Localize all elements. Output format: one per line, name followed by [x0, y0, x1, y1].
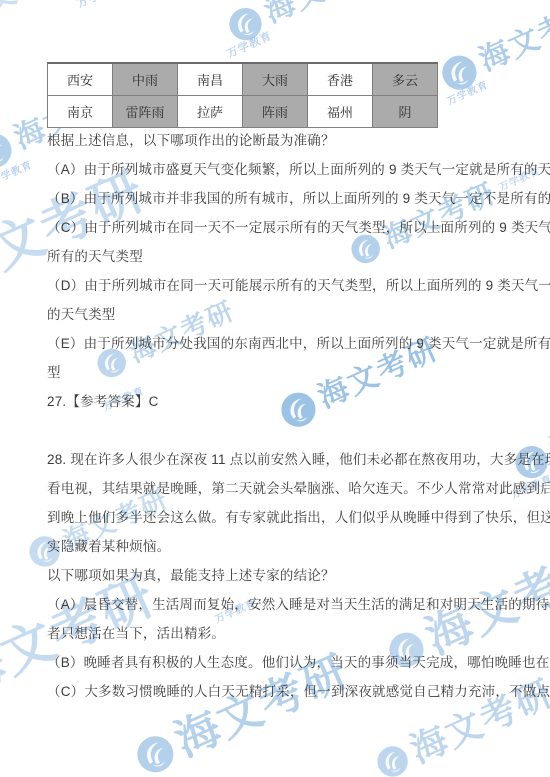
- city-cell: 南京: [48, 96, 113, 128]
- weather-cell: 阴: [373, 96, 438, 128]
- city-cell: 福州: [308, 96, 373, 128]
- text-line: （C）由于所列城市在同一天不一定展示所有的天气类型，所以上面所列的 9 类天气可…: [47, 211, 509, 240]
- text-line: 27.【参考答案】C: [47, 385, 509, 414]
- city-cell: 香港: [308, 63, 373, 96]
- watermark-brand: 海文考研: [436, 0, 550, 96]
- text-line: 所有的天气类型: [47, 240, 509, 269]
- weather-cell: 雷阵雨: [113, 96, 178, 128]
- text-line: 到晚上他们多半还会这么做。有专家就此指出，人们似乎从晚睡中得到了快乐，但这种快乐…: [47, 501, 509, 530]
- weather-cell: 中雨: [113, 63, 178, 96]
- watermark-label: 万学教育: [0, 161, 34, 188]
- text-line: 实隐藏着某种烦恼。: [47, 530, 509, 559]
- text-line: 型: [47, 356, 509, 385]
- brand-globe-icon: [371, 740, 413, 777]
- blank-line: [47, 414, 509, 443]
- weather-city-table: 西安中雨南昌大雨香港多云南京雷阵雨拉萨阵雨福州阴: [47, 62, 438, 128]
- text-line: （E）由于所列城市分处我国的东南西北中，所以上面所列的 9 类天气一定就是所有的…: [47, 327, 509, 356]
- watermark-subbrand: 万学教育: [226, 31, 274, 61]
- table-row: 西安中雨南昌大雨香港多云: [48, 63, 438, 96]
- weather-cell: 多云: [373, 63, 438, 96]
- text-line: 以下哪项如果为真，最能支持上述专家的结论？: [47, 559, 509, 588]
- watermark-label: 万学教育: [76, 0, 124, 11]
- weather-cell: 阵雨: [243, 96, 308, 128]
- watermark-label: 海文考研: [260, 0, 389, 28]
- text-line: （A）由于所列城市盛夏天气变化频繁，所以上面所列的 9 类天气一定就是所有的天气…: [47, 153, 509, 182]
- brand-globe-icon: [436, 49, 484, 97]
- watermark-brand-text: 海文考研: [0, 0, 81, 31]
- brand-globe-icon: [0, 127, 18, 175]
- text-line: 28. 现在许多人很少在深夜 11 点以前安然入睡，他们未必都在熬夜用功，大多是…: [47, 443, 509, 472]
- watermark-subbrand: 万学教育: [0, 161, 34, 188]
- watermark-subbrand: 万学教育: [76, 0, 124, 11]
- text-line: 者只想活在当下，活出精彩。: [47, 617, 509, 646]
- watermark-label: 海文考研: [475, 0, 550, 77]
- weather-city-table-body: 西安中雨南昌大雨香港多云南京雷阵雨拉萨阵雨福州阴: [48, 63, 438, 128]
- text-line: （B）晚睡者具有积极的人生态度。他们认为，当天的事须当天完成，哪怕晚睡也在所不惜…: [47, 646, 509, 675]
- text-line: （B）由于所列城市并非我国的所有城市，所以上面所列的 9 类天气一定不是所有的天…: [47, 182, 509, 211]
- watermark-brand: 海文考研: [223, 0, 390, 47]
- city-cell: 南昌: [178, 63, 243, 96]
- city-cell: 拉萨: [178, 96, 243, 128]
- text-line: 根据上述信息，以下哪项作出的论断最为准确？: [47, 124, 509, 153]
- watermark-subbrand: 万学教育: [446, 81, 490, 108]
- text-line: （A）晨昏交替，生活周而复始，安然入睡是对当天生活的满足和对明天生活的期待。而晚…: [47, 588, 509, 617]
- table-row: 南京雷阵雨拉萨阵雨福州阴: [48, 96, 438, 128]
- brand-globe-icon: [130, 729, 180, 777]
- watermark-label: 万学教育: [446, 81, 490, 108]
- text-line: 的天气类型: [47, 298, 509, 327]
- city-cell: 西安: [48, 63, 113, 96]
- weather-cell: 大雨: [243, 63, 308, 96]
- watermark-label: 万学教育: [226, 31, 274, 61]
- text-line: （C）大多数习惯晚睡的人白天无精打采，但一到深夜就感觉自己精力充沛，不做点有意义…: [47, 675, 509, 704]
- text-line: （D）由于所列城市在同一天可能展示所有的天气类型，所以上面所列的 9 类天气一定…: [47, 269, 509, 298]
- watermark-label: 海文考研: [0, 0, 81, 31]
- brand-globe-icon: [223, 2, 268, 47]
- text-line: 看电视，其结果就是晚睡，第二天就会头晕脑涨、哈欠连天。不少人常常对此感到后悔，但…: [47, 472, 509, 501]
- question-text-block: 根据上述信息，以下哪项作出的论断最为准确？（A）由于所列城市盛夏天气变化频繁，所…: [47, 124, 509, 704]
- watermark-brand: 海文考研: [509, 385, 550, 484]
